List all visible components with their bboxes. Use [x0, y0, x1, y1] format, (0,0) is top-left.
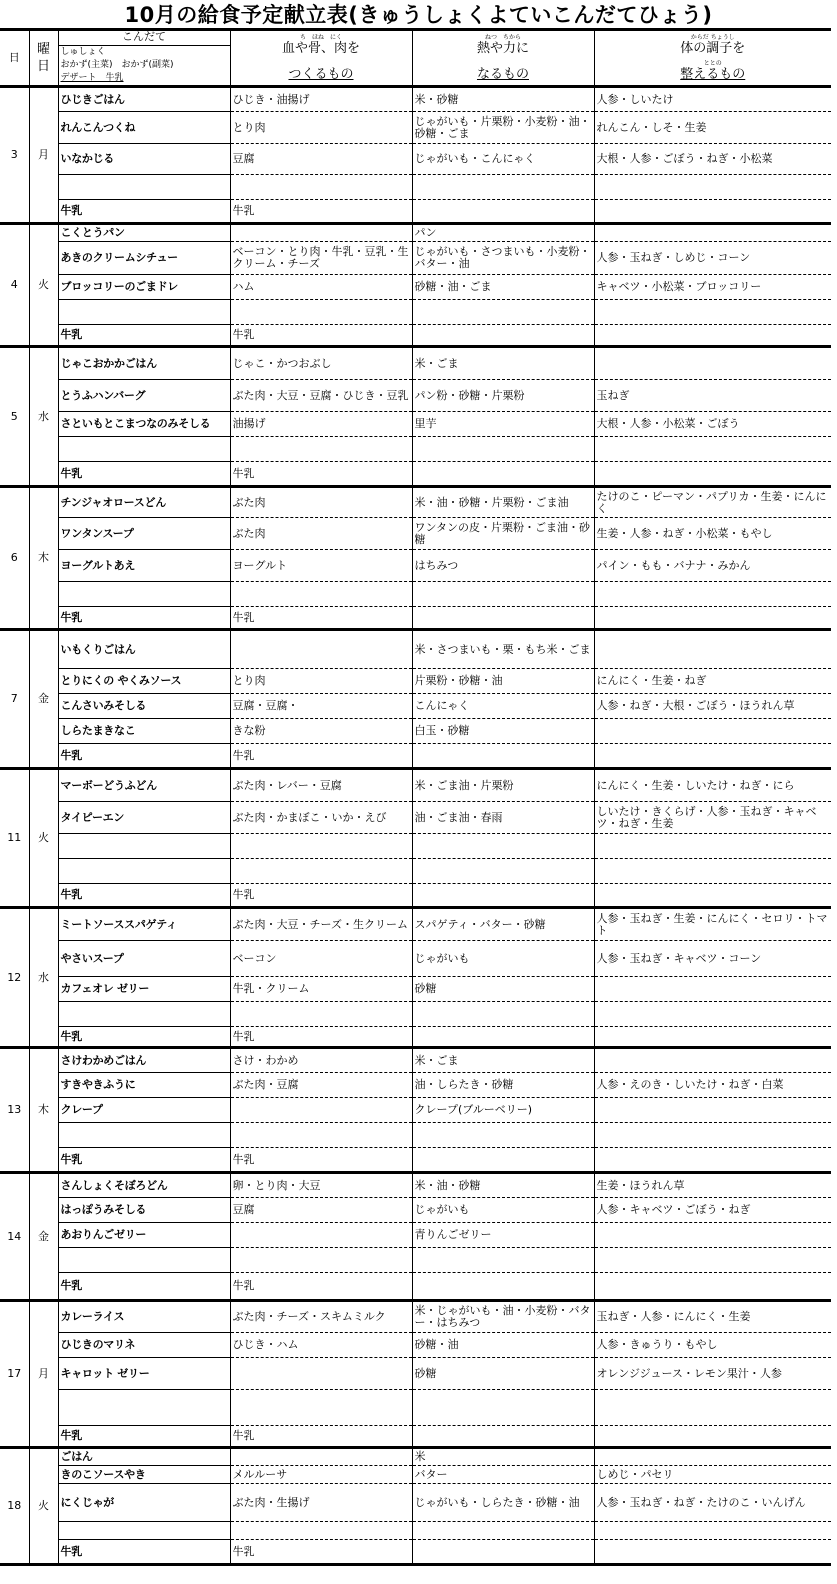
ingredients-green [594, 1273, 831, 1301]
table-row: ヨーグルトあえヨーグルトはちみつパイン・もも・バナナ・みかん [0, 550, 831, 582]
page-title: 10月の給食予定献立表(きゅうしょくよていこんだてひょう) [0, 0, 837, 28]
ingredients-red: ひじき・ハム [230, 1333, 412, 1358]
ingredients-yellow [412, 1002, 594, 1027]
ingredients-red [230, 859, 412, 884]
header-yellow-sub: なるもの [415, 67, 592, 83]
ingredients-yellow: 米・油・砂糖 [412, 1173, 594, 1198]
day-number: 4 [0, 224, 29, 347]
ingredients-red [230, 1522, 412, 1540]
day-of-week: 木 [29, 1048, 58, 1173]
dish-name: とりにくの やくみソース [58, 669, 230, 694]
ingredients-red: 豆腐 [230, 1198, 412, 1223]
ingredients-red [230, 582, 412, 607]
ingredients-green: 玉ねぎ [594, 380, 831, 412]
table-row: 牛乳牛乳 [0, 325, 831, 347]
ingredients-red: 豆腐 [230, 144, 412, 175]
ingredients-yellow [412, 325, 594, 347]
ingredients-green [594, 1223, 831, 1248]
ingredients-yellow: はちみつ [412, 550, 594, 582]
dish-name: 牛乳 [58, 1540, 230, 1565]
table-row [0, 582, 831, 607]
ingredients-yellow: 米・ごま [412, 347, 594, 380]
day-of-week: 金 [29, 630, 58, 769]
ingredients-red [230, 1390, 412, 1426]
ingredients-green: 玉ねぎ・人参・にんにく・生姜 [594, 1301, 831, 1333]
day-of-week: 火 [29, 769, 58, 908]
ingredients-red [230, 437, 412, 462]
table-row: 牛乳牛乳 [0, 462, 831, 487]
table-row: 牛乳牛乳 [0, 884, 831, 908]
menu-table: 日 曜日 こんだて しゅしょく おかず(主菜) おかず(副菜) デザート 牛乳 … [0, 28, 831, 1566]
table-row: とうふハンバーグぶた肉・大豆・豆腐・ひじき・豆乳パン粉・砂糖・片栗粉玉ねぎ [0, 380, 831, 412]
ingredients-green: 人参・きゅうり・もやし [594, 1333, 831, 1358]
table-row [0, 1123, 831, 1148]
dish-name: ごはん [58, 1448, 230, 1466]
ingredients-yellow [412, 1522, 594, 1540]
ingredients-yellow: 青りんごゼリー [412, 1223, 594, 1248]
day-of-week: 水 [29, 908, 58, 1048]
dish-name: しらたまきなこ [58, 719, 230, 744]
ingredients-green: にんにく・生姜・ねぎ [594, 669, 831, 694]
day-of-week: 火 [29, 224, 58, 347]
ingredients-yellow [412, 1390, 594, 1426]
table-row [0, 1002, 831, 1027]
dish-name: カフェオレ ゼリー [58, 977, 230, 1002]
ingredients-green: 大根・人参・小松菜・ごぼう [594, 412, 831, 437]
ingredients-red: ベーコン・とり肉・牛乳・豆乳・生クリーム・チーズ [230, 242, 412, 275]
ingredients-red: 牛乳 [230, 1426, 412, 1448]
header-kondate-list: しゅしょく おかず(主菜) おかず(副菜) デザート 牛乳 [59, 46, 230, 85]
ingredients-green [594, 607, 831, 630]
ingredients-red: きな粉 [230, 719, 412, 744]
ingredients-yellow [412, 582, 594, 607]
ingredients-green [594, 1148, 831, 1173]
ingredients-red: さけ・わかめ [230, 1048, 412, 1073]
ingredients-green [594, 1540, 831, 1565]
ingredients-red: 牛乳 [230, 1540, 412, 1565]
table-row: れんこんつくねとり肉じゃがいも・片栗粉・小麦粉・油・砂糖・ごまれんこん・しそ・生… [0, 112, 831, 144]
dish-name [58, 437, 230, 462]
ingredients-green [594, 347, 831, 380]
header-yellow-group: ねつ ちから 熱や力に なるもの [412, 30, 594, 87]
ingredients-yellow: 米・油・砂糖・片栗粉・ごま油 [412, 487, 594, 518]
table-row: 牛乳牛乳 [0, 744, 831, 769]
table-row: カフェオレ ゼリー牛乳・クリーム砂糖 [0, 977, 831, 1002]
dish-name: カレーライス [58, 1301, 230, 1333]
table-row [0, 1248, 831, 1273]
ingredients-red: 牛乳 [230, 1273, 412, 1301]
ingredients-green: たけのこ・ピーマン・パプリカ・生姜・にんにく [594, 487, 831, 518]
table-row: さといもとこまつなのみそしる油揚げ里芋大根・人参・小松菜・ごぼう [0, 412, 831, 437]
table-row: はっぽうみそしる豆腐じゃがいも人参・キャベツ・ごぼう・ねぎ [0, 1198, 831, 1223]
table-row: 14金さんしょくそぼろどん卵・とり肉・大豆米・油・砂糖生姜・ほうれん草 [0, 1173, 831, 1198]
ingredients-yellow [412, 1426, 594, 1448]
table-row: 5水じゃこおかかごはんじゃこ・かつおぶし米・ごま [0, 347, 831, 380]
header-red-group: ち ほね にく 血や骨、肉を つくるもの [230, 30, 412, 87]
ruby: ととの [597, 60, 830, 67]
table-row: 6木チンジャオロースどんぶた肉米・油・砂糖・片栗粉・ごま油たけのこ・ピーマン・パ… [0, 487, 831, 518]
ingredients-yellow [412, 1027, 594, 1048]
dish-name [58, 300, 230, 325]
ingredients-red [230, 834, 412, 859]
ingredients-red [230, 1123, 412, 1148]
dish-name: ワンタンスープ [58, 518, 230, 550]
table-row: タイピーエンぶた肉・かまぼこ・いか・えび油・ごま油・春雨しいたけ・きくらげ・人参… [0, 802, 831, 834]
dish-name: 牛乳 [58, 325, 230, 347]
dish-name: れんこんつくね [58, 112, 230, 144]
ingredients-yellow: クレープ(ブルーベリー) [412, 1098, 594, 1123]
dish-name [58, 834, 230, 859]
ingredients-red: とり肉 [230, 669, 412, 694]
dish-name: ミートソーススパゲティ [58, 908, 230, 941]
ingredients-red: 牛乳 [230, 462, 412, 487]
ingredients-red: ぶた肉・大豆・豆腐・ひじき・豆乳 [230, 380, 412, 412]
ingredients-yellow [412, 300, 594, 325]
day-number: 11 [0, 769, 29, 908]
ingredients-yellow: 砂糖 [412, 1358, 594, 1390]
ingredients-yellow [412, 1540, 594, 1565]
day-of-week: 火 [29, 1448, 58, 1565]
dish-name: マーボーどうふどん [58, 769, 230, 802]
ingredients-red: ぶた肉・生揚げ [230, 1484, 412, 1522]
day-of-week: 金 [29, 1173, 58, 1301]
ingredients-red: ヨーグルト [230, 550, 412, 582]
ingredients-red: ぶた肉 [230, 487, 412, 518]
ingredients-yellow [412, 859, 594, 884]
header-dow: 曜日 [29, 30, 58, 87]
ingredients-green [594, 200, 831, 224]
day-number: 6 [0, 487, 29, 630]
dish-name: さんしょくそぼろどん [58, 1173, 230, 1198]
dish-name [58, 582, 230, 607]
dish-name [58, 175, 230, 200]
dish-name: きのこソースやき [58, 1466, 230, 1484]
ingredients-yellow: 米・砂糖 [412, 87, 594, 112]
day-number: 14 [0, 1173, 29, 1301]
day-of-week: 木 [29, 487, 58, 630]
ingredients-red [230, 300, 412, 325]
ingredients-red: 牛乳・クリーム [230, 977, 412, 1002]
ingredients-green [594, 744, 831, 769]
ingredients-red: ベーコン [230, 941, 412, 977]
table-row: 18火ごはん米 [0, 1448, 831, 1466]
table-row [0, 175, 831, 200]
table-row: ブロッコリーのごまドレハム砂糖・油・ごまキャベツ・小松菜・ブロッコリー [0, 275, 831, 300]
dish-name: 牛乳 [58, 884, 230, 908]
ingredients-yellow: 米・ごま [412, 1048, 594, 1073]
dish-name: とうふハンバーグ [58, 380, 230, 412]
ingredients-red: ひじき・油揚げ [230, 87, 412, 112]
ingredients-green [594, 630, 831, 669]
ingredients-red: 牛乳 [230, 1148, 412, 1173]
ingredients-green: しめじ・パセリ [594, 1466, 831, 1484]
ingredients-green [594, 1248, 831, 1273]
ingredients-red: 豆腐・豆腐・ [230, 694, 412, 719]
dish-name [58, 1002, 230, 1027]
ingredients-yellow: ワンタンの皮・片栗粉・ごま油・砂糖 [412, 518, 594, 550]
dish-name: やさいスープ [58, 941, 230, 977]
ingredients-yellow [412, 1148, 594, 1173]
dish-name: さといもとこまつなのみそしる [58, 412, 230, 437]
table-row: ワンタンスープぶた肉ワンタンの皮・片栗粉・ごま油・砂糖生姜・人参・ねぎ・小松菜・… [0, 518, 831, 550]
dish-name: さけわかめごはん [58, 1048, 230, 1073]
header-row: 日 曜日 こんだて しゅしょく おかず(主菜) おかず(副菜) デザート 牛乳 … [0, 30, 831, 87]
table-row: 17月カレーライスぶた肉・チーズ・スキムミルク米・じゃがいも・油・小麦粉・バター… [0, 1301, 831, 1333]
ingredients-green [594, 1522, 831, 1540]
ingredients-red [230, 224, 412, 242]
ingredients-green: しいたけ・きくらげ・人参・玉ねぎ・キャベツ・ねぎ・生姜 [594, 802, 831, 834]
ingredients-yellow: じゃがいも・こんにゃく [412, 144, 594, 175]
ingredients-green: 生姜・ほうれん草 [594, 1173, 831, 1198]
dish-name [58, 1390, 230, 1426]
ingredients-yellow: 白玉・砂糖 [412, 719, 594, 744]
ingredients-red: 卵・とり肉・大豆 [230, 1173, 412, 1198]
ingredients-red [230, 175, 412, 200]
day-number: 7 [0, 630, 29, 769]
table-row: とりにくの やくみソースとり肉片栗粉・砂糖・油にんにく・生姜・ねぎ [0, 669, 831, 694]
dish-name: クレープ [58, 1098, 230, 1123]
dish-name: あきのクリームシチュー [58, 242, 230, 275]
ingredients-yellow [412, 462, 594, 487]
ingredients-yellow: じゃがいも・片栗粉・小麦粉・油・砂糖・ごま [412, 112, 594, 144]
ingredients-green: 人参・玉ねぎ・しめじ・コーン [594, 242, 831, 275]
table-row [0, 300, 831, 325]
ingredients-green: 人参・しいたけ [594, 87, 831, 112]
ingredients-red: じゃこ・かつおぶし [230, 347, 412, 380]
ingredients-yellow [412, 1273, 594, 1301]
table-row: 7金いもくりごはん米・さつまいも・栗・もち米・ごま [0, 630, 831, 669]
ingredients-red: ぶた肉・豆腐 [230, 1073, 412, 1098]
table-row: ひじきのマリネひじき・ハム砂糖・油人参・きゅうり・もやし [0, 1333, 831, 1358]
day-of-week: 月 [29, 1301, 58, 1448]
table-row: 牛乳牛乳 [0, 607, 831, 630]
header-green-sub: 整えるもの [597, 67, 830, 83]
table-row: 12水ミートソーススパゲティぶた肉・大豆・チーズ・生クリームスパゲティ・バター・… [0, 908, 831, 941]
ingredients-green [594, 834, 831, 859]
ingredients-yellow: 砂糖 [412, 977, 594, 1002]
dish-name: 牛乳 [58, 1426, 230, 1448]
ruby: ち ほね にく [233, 34, 410, 41]
table-row: にくじゃがぶた肉・生揚げじゃがいも・しらたき・砂糖・油人参・玉ねぎ・ねぎ・たけの… [0, 1484, 831, 1522]
ingredients-red: 牛乳 [230, 200, 412, 224]
dish-name: 牛乳 [58, 607, 230, 630]
dish-name: 牛乳 [58, 200, 230, 224]
header-green-group: からだ ちょうし 体の調子を ととの 整えるもの [594, 30, 831, 87]
dish-name: キャロット ゼリー [58, 1358, 230, 1390]
ingredients-green: 生姜・人参・ねぎ・小松菜・もやし [594, 518, 831, 550]
table-row: やさいスープベーコンじゃがいも人参・玉ねぎ・キャベツ・コーン [0, 941, 831, 977]
ingredients-green [594, 884, 831, 908]
table-row: あおりんごゼリー青りんごゼリー [0, 1223, 831, 1248]
dish-name: 牛乳 [58, 1273, 230, 1301]
ingredients-red: 牛乳 [230, 744, 412, 769]
header-green-main: 体の調子を [597, 41, 830, 57]
ingredients-red [230, 1223, 412, 1248]
ingredients-green [594, 1027, 831, 1048]
day-number: 18 [0, 1448, 29, 1565]
day-number: 12 [0, 908, 29, 1048]
ingredients-yellow [412, 1123, 594, 1148]
ruby: からだ ちょうし [597, 34, 830, 41]
table-row: こんさいみそしる豆腐・豆腐・こんにゃく人参・ねぎ・大根・ごぼう・ほうれん草 [0, 694, 831, 719]
ingredients-yellow [412, 834, 594, 859]
ingredients-yellow: 砂糖・油 [412, 1333, 594, 1358]
ingredients-green [594, 224, 831, 242]
header-day: 日 [0, 30, 29, 87]
table-row: 牛乳牛乳 [0, 1148, 831, 1173]
dish-name [58, 859, 230, 884]
ingredients-green: 人参・玉ねぎ・キャベツ・コーン [594, 941, 831, 977]
ingredients-yellow: 油・しらたき・砂糖 [412, 1073, 594, 1098]
dish-name: 牛乳 [58, 744, 230, 769]
ingredients-red: とり肉 [230, 112, 412, 144]
day-number: 17 [0, 1301, 29, 1448]
ingredients-yellow: 油・ごま油・春雨 [412, 802, 594, 834]
ingredients-green: 人参・玉ねぎ・ねぎ・たけのこ・いんげん [594, 1484, 831, 1522]
table-row: 牛乳牛乳 [0, 1273, 831, 1301]
ingredients-yellow [412, 607, 594, 630]
dish-name: 牛乳 [58, 462, 230, 487]
ingredients-red [230, 630, 412, 669]
ingredients-green [594, 1098, 831, 1123]
ingredients-yellow: 米・さつまいも・栗・もち米・ごま [412, 630, 594, 669]
header-yellow-main: 熱や力に [415, 41, 592, 57]
ingredients-green [594, 175, 831, 200]
dish-name: タイピーエン [58, 802, 230, 834]
ingredients-yellow [412, 1248, 594, 1273]
ruby: ねつ ちから [415, 34, 592, 41]
dish-name: いもくりごはん [58, 630, 230, 669]
dish-name: 牛乳 [58, 1148, 230, 1173]
table-row [0, 1522, 831, 1540]
ingredients-green [594, 300, 831, 325]
dish-name: ひじきのマリネ [58, 1333, 230, 1358]
table-row: キャロット ゼリー砂糖オレンジジュース・レモン果汁・人参 [0, 1358, 831, 1390]
ingredients-green [594, 437, 831, 462]
table-row [0, 437, 831, 462]
ingredients-yellow: じゃがいも・さつまいも・小麦粉・バター・油 [412, 242, 594, 275]
kondate-item: おかず(主菜) おかず(副菜) [61, 59, 230, 72]
ingredients-yellow: パン [412, 224, 594, 242]
ingredients-green: にんにく・生姜・しいたけ・ねぎ・にら [594, 769, 831, 802]
ingredients-yellow [412, 744, 594, 769]
ingredients-green: れんこん・しそ・生姜 [594, 112, 831, 144]
ingredients-green [594, 1426, 831, 1448]
ingredients-green [594, 1002, 831, 1027]
dish-name: はっぽうみそしる [58, 1198, 230, 1223]
dish-name: あおりんごゼリー [58, 1223, 230, 1248]
ingredients-green [594, 1123, 831, 1148]
dish-name: こんさいみそしる [58, 694, 230, 719]
table-row [0, 1390, 831, 1426]
ingredients-yellow: じゃがいも [412, 941, 594, 977]
ingredients-yellow: 砂糖・油・ごま [412, 275, 594, 300]
ingredients-red [230, 1002, 412, 1027]
table-row: 牛乳牛乳 [0, 200, 831, 224]
dish-name: ひじきごはん [58, 87, 230, 112]
ingredients-red: メルルーサ [230, 1466, 412, 1484]
dish-name: いなかじる [58, 144, 230, 175]
header-red-main: 血や骨、肉を [233, 41, 410, 57]
header-dow-label: 曜日 [37, 42, 50, 74]
ingredients-red: 牛乳 [230, 884, 412, 908]
ingredients-red: 油揚げ [230, 412, 412, 437]
dish-name: チンジャオロースどん [58, 487, 230, 518]
table-row: クレープクレープ(ブルーベリー) [0, 1098, 831, 1123]
ingredients-yellow: 里芋 [412, 412, 594, 437]
table-row [0, 834, 831, 859]
ingredients-green: キャベツ・小松菜・ブロッコリー [594, 275, 831, 300]
dish-name: ヨーグルトあえ [58, 550, 230, 582]
table-row [0, 859, 831, 884]
table-row: きのこソースやきメルルーサバターしめじ・パセリ [0, 1466, 831, 1484]
ingredients-red [230, 1448, 412, 1466]
day-of-week: 月 [29, 87, 58, 224]
table-row: 牛乳牛乳 [0, 1027, 831, 1048]
ingredients-green: オレンジジュース・レモン果汁・人参 [594, 1358, 831, 1390]
ingredients-green [594, 1048, 831, 1073]
ingredients-red: ぶた肉・チーズ・スキムミルク [230, 1301, 412, 1333]
dish-name: こくとうパン [58, 224, 230, 242]
ingredients-red: 牛乳 [230, 607, 412, 630]
dish-name: ブロッコリーのごまドレ [58, 275, 230, 300]
ingredients-green: 人参・えのき・しいたけ・ねぎ・白菜 [594, 1073, 831, 1098]
ingredients-red [230, 1248, 412, 1273]
ingredients-green [594, 582, 831, 607]
ingredients-yellow: パン粉・砂糖・片栗粉 [412, 380, 594, 412]
ingredients-green [594, 1448, 831, 1466]
ingredients-red: ぶた肉・大豆・チーズ・生クリーム [230, 908, 412, 941]
ingredients-yellow [412, 200, 594, 224]
header-kondate: こんだて しゅしょく おかず(主菜) おかず(副菜) デザート 牛乳 [58, 30, 230, 87]
ingredients-green: 人参・玉ねぎ・生姜・にんにく・セロリ・トマト [594, 908, 831, 941]
ingredients-red: ぶた肉・レバー・豆腐 [230, 769, 412, 802]
table-row: 牛乳牛乳 [0, 1426, 831, 1448]
header-red-sub: つくるもの [233, 67, 410, 83]
ingredients-red [230, 1358, 412, 1390]
ingredients-green [594, 719, 831, 744]
ingredients-red: ぶた肉・かまぼこ・いか・えび [230, 802, 412, 834]
day-number: 3 [0, 87, 29, 224]
ingredients-yellow: 米・ごま油・片栗粉 [412, 769, 594, 802]
ingredients-red: ぶた肉 [230, 518, 412, 550]
day-of-week: 水 [29, 347, 58, 487]
table-row: 13木さけわかめごはんさけ・わかめ米・ごま [0, 1048, 831, 1073]
ingredients-green: 大根・人参・ごぼう・ねぎ・小松菜 [594, 144, 831, 175]
kondate-item: デザート 牛乳 [61, 72, 230, 85]
dish-name: 牛乳 [58, 1027, 230, 1048]
dish-name [58, 1248, 230, 1273]
ingredients-yellow: 片栗粉・砂糖・油 [412, 669, 594, 694]
dish-name: じゃこおかかごはん [58, 347, 230, 380]
table-row: 牛乳牛乳 [0, 1540, 831, 1565]
ingredients-green [594, 977, 831, 1002]
dish-name [58, 1522, 230, 1540]
ingredients-green [594, 1390, 831, 1426]
ingredients-yellow: 米・じゃがいも・油・小麦粉・バター・はちみつ [412, 1301, 594, 1333]
ingredients-green: パイン・もも・バナナ・みかん [594, 550, 831, 582]
dish-name: にくじゃが [58, 1484, 230, 1522]
ingredients-yellow: こんにゃく [412, 694, 594, 719]
table-row: すきやきふうにぶた肉・豆腐油・しらたき・砂糖人参・えのき・しいたけ・ねぎ・白菜 [0, 1073, 831, 1098]
ingredients-green: 人参・ねぎ・大根・ごぼう・ほうれん草 [594, 694, 831, 719]
ingredients-yellow: じゃがいも [412, 1198, 594, 1223]
ingredients-green [594, 325, 831, 347]
ingredients-yellow: 米 [412, 1448, 594, 1466]
ingredients-yellow: バター [412, 1466, 594, 1484]
day-number: 5 [0, 347, 29, 487]
ingredients-green: 人参・キャベツ・ごぼう・ねぎ [594, 1198, 831, 1223]
